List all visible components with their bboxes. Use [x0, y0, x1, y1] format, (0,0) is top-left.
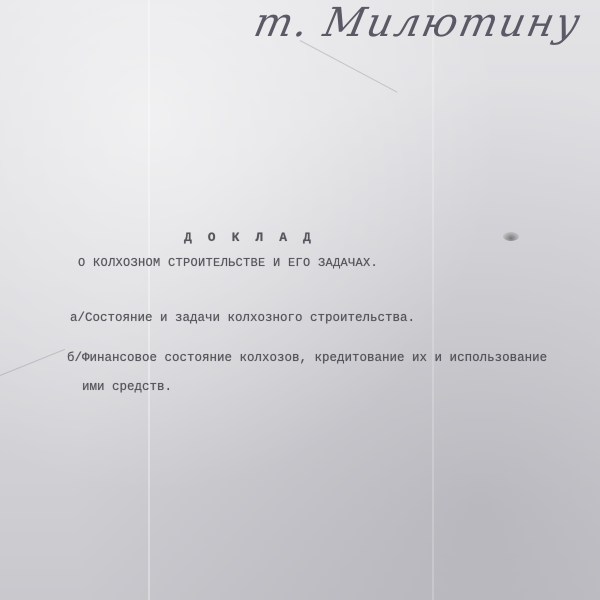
scanned-document-page: т. Милютину ДОКЛАД О КОЛХОЗНОМ СТРОИТЕЛЬ… — [0, 0, 600, 600]
document-title: ДОКЛАД — [184, 230, 327, 245]
agenda-item-b: б/Финансовое состояние колхозов, кредито… — [67, 351, 547, 365]
agenda-item-b-continued: ими средств. — [82, 380, 172, 394]
paper-fold-line — [148, 0, 150, 600]
document-subtitle: О КОЛХОЗНОМ СТРОИТЕЛЬСТВЕ И ЕГО ЗАДАЧАХ. — [78, 256, 378, 270]
paper-fold-line — [432, 0, 434, 600]
paper-crease — [0, 349, 65, 376]
paper-crease — [300, 40, 398, 93]
handwritten-addressee-note: т. Милютину — [250, 0, 586, 46]
ink-smudge — [503, 232, 519, 241]
agenda-item-a: а/Состояние и задачи колхозного строител… — [70, 311, 415, 325]
